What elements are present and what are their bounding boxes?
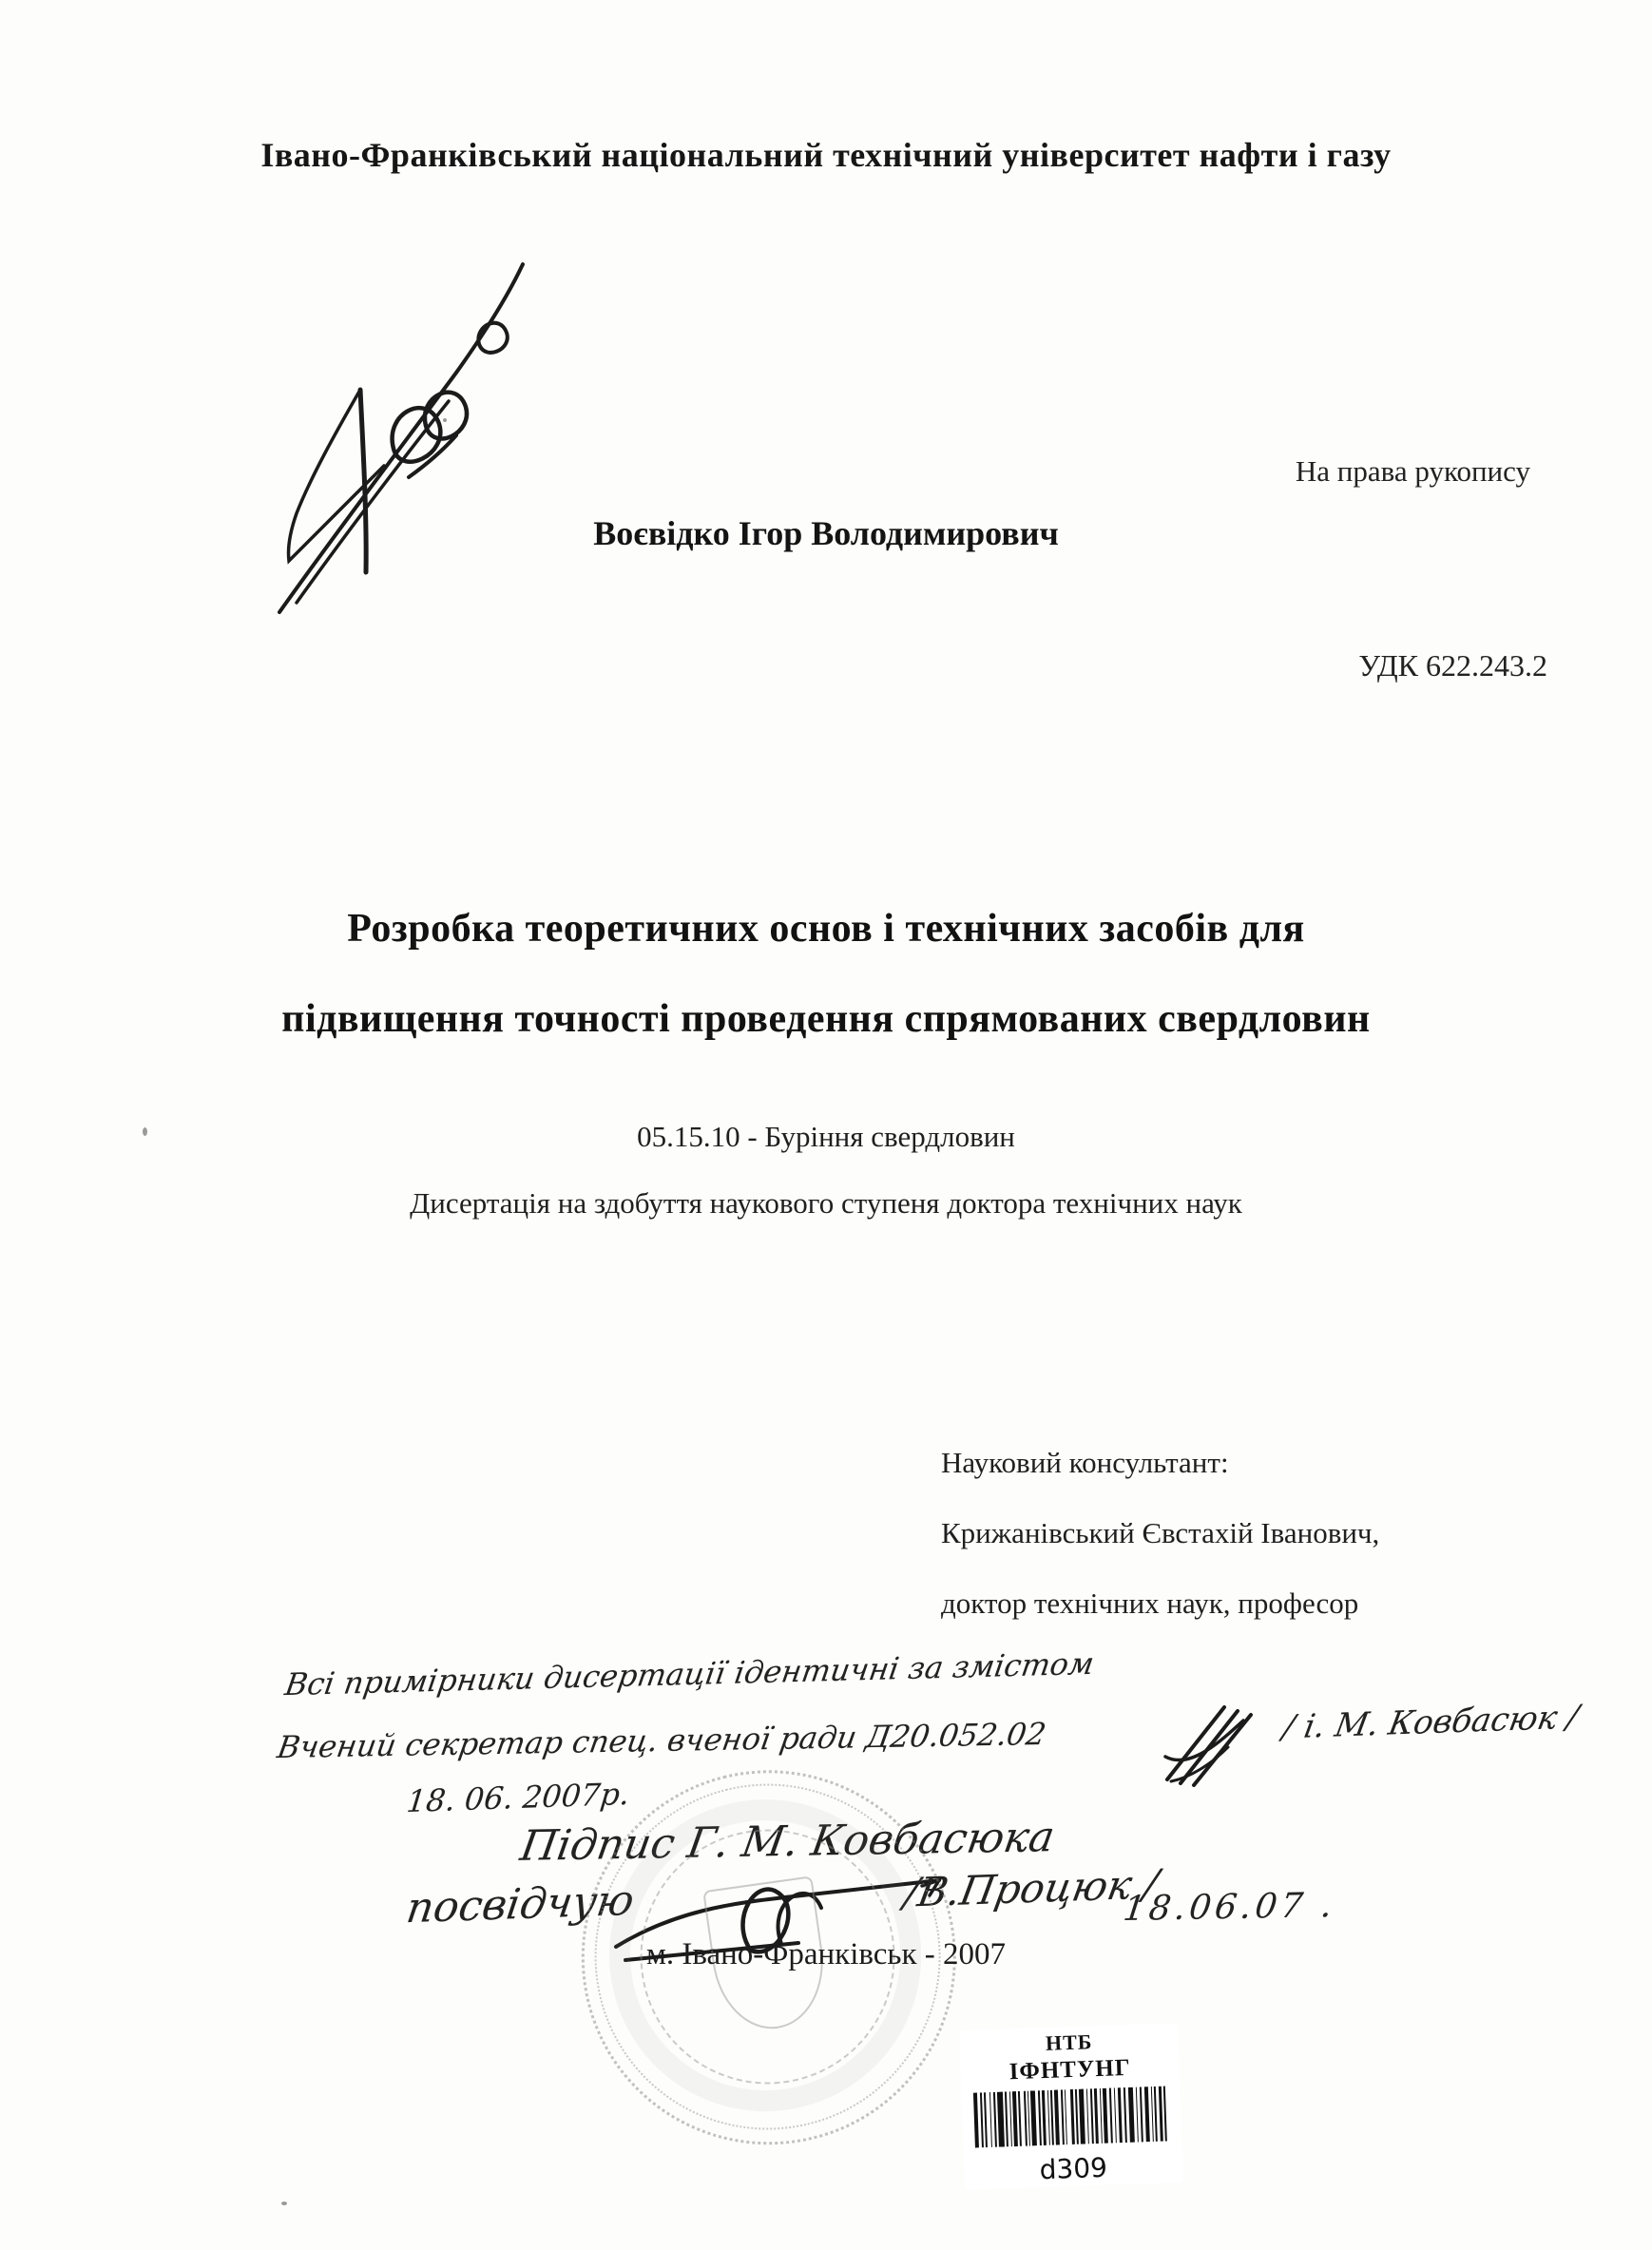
handwritten-date-1: 18. 06. 2007р. bbox=[405, 1776, 631, 1819]
scan-speck bbox=[143, 1127, 147, 1136]
degree-statement: Дисертація на здобуття наукового ступеня… bbox=[0, 1186, 1652, 1221]
secretary-signature-icon bbox=[1162, 1698, 1276, 1788]
library-label: НТБ ІФНТУНГ bbox=[959, 2023, 1183, 2190]
library-name-line2: ІФНТУНГ bbox=[960, 2053, 1180, 2087]
udc-number: УДК 622.243.2 bbox=[1358, 648, 1547, 683]
author-name: Воєвідко Ігор Володимирович bbox=[0, 513, 1652, 553]
handwritten-date-2: 18.06.07 . bbox=[1121, 1886, 1337, 1929]
specialty-code: 05.15.10 - Буріння свердловин bbox=[0, 1120, 1652, 1154]
scan-speck bbox=[443, 418, 447, 422]
consultant-block: Науковий консультант: Крижанівський Євст… bbox=[941, 1428, 1530, 1639]
handwritten-secretary-name: / і. М. Ковбасюк / bbox=[1280, 1698, 1582, 1746]
consultant-name: Крижанівський Євстахій Іванович, bbox=[941, 1498, 1530, 1568]
manuscript-rights-note: На права рукопису bbox=[1296, 454, 1530, 489]
scan-speck bbox=[281, 2202, 287, 2205]
barcode-icon bbox=[970, 2086, 1173, 2147]
city-year-line: м. Івано-Франківськ - 2007 bbox=[0, 1937, 1652, 1972]
handwritten-note-identity: Всі примірники дисертації ідентичні за з… bbox=[282, 1645, 1096, 1702]
university-name: Івано-Франківський національний технічни… bbox=[0, 135, 1652, 175]
author-signature-icon bbox=[268, 249, 553, 625]
consultant-title: доктор технічних наук, професор bbox=[941, 1568, 1530, 1639]
handwritten-note-secretary: Вчений секретар спец. вченої ради Д20.05… bbox=[275, 1716, 1048, 1765]
title-line-2: підвищення точності проведення спрямован… bbox=[0, 974, 1652, 1065]
title-line-1: Розробка теоретичних основ і технічних з… bbox=[0, 884, 1652, 974]
library-code: d309 bbox=[964, 2149, 1183, 2188]
dissertation-title: Розробка теоретичних основ і технічних з… bbox=[0, 884, 1652, 1065]
handwritten-note-certify: посвідчую bbox=[403, 1876, 637, 1933]
dissertation-title-page: Івано-Франківський національний технічни… bbox=[0, 0, 1652, 2250]
consultant-label: Науковий консультант: bbox=[941, 1428, 1530, 1498]
